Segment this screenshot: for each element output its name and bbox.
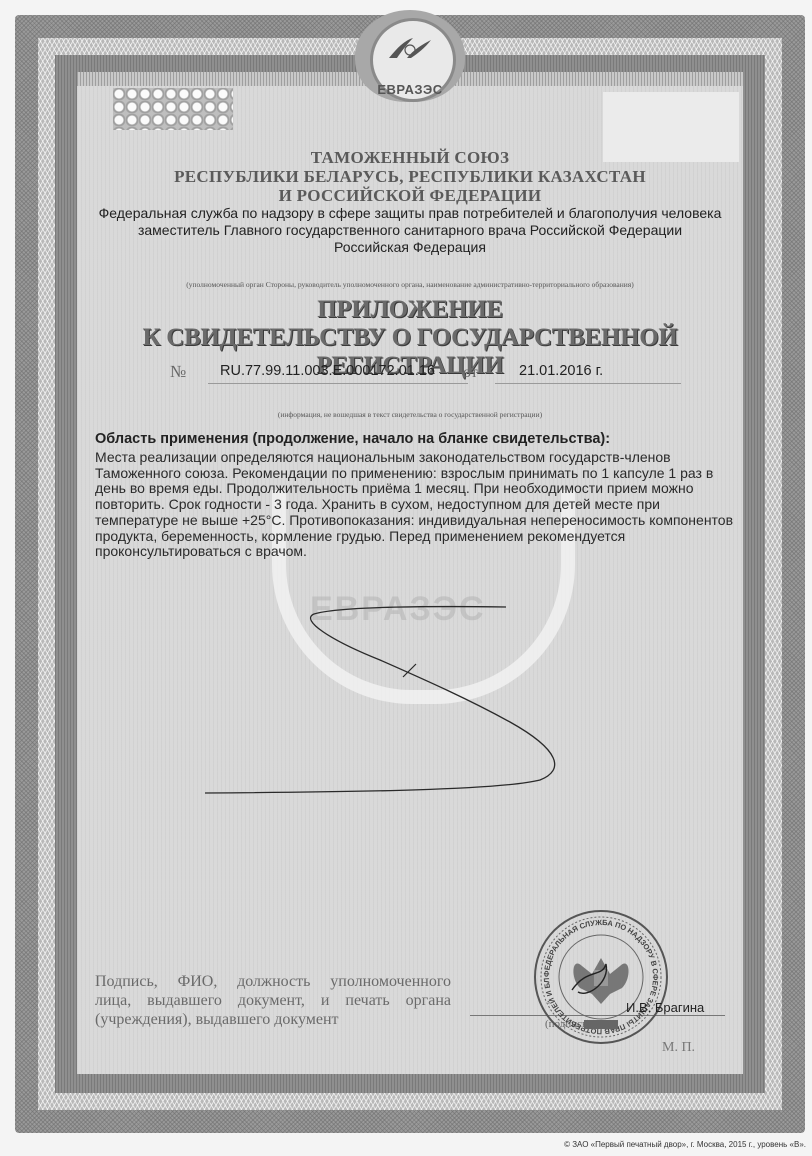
- certificate-number-row: № RU.77.99.11.003.E.000172.01.16 от 21.0…: [170, 362, 690, 384]
- union-line: РЕСПУБЛИКИ БЕЛАРУСЬ, РЕСПУБЛИКИ КАЗАХСТА…: [77, 167, 743, 186]
- scope-body: Места реализации определяются национальн…: [95, 450, 735, 560]
- evrazes-emblem-icon: [387, 36, 433, 60]
- watermark-text: ЕВРАЗЭС: [310, 590, 486, 629]
- appendix-title-line: ПРИЛОЖЕНИЕ: [77, 296, 743, 324]
- scope-title: Область применения (продолжение, начало …: [95, 431, 610, 447]
- date-label: от: [463, 364, 478, 382]
- evrazes-emblem: ЕВРАЗЭС: [355, 10, 465, 102]
- authority-line: Федеральная служба по надзору в сфере за…: [77, 205, 743, 222]
- authority-line: заместитель Главного государственного са…: [77, 222, 743, 239]
- hologram-strip: [113, 88, 233, 130]
- authority-caption: (уполномоченный орган Стороны, руководит…: [77, 280, 743, 289]
- union-line: И РОССИЙСКОЙ ФЕДЕРАЦИИ: [77, 186, 743, 205]
- signature-caption-line: лица, выдавшего документ, и печать орган…: [95, 991, 451, 1010]
- signature-caption: Подпись, ФИО, должность уполномоченного …: [95, 972, 451, 1029]
- authority-block: Федеральная служба по надзору в сфере за…: [77, 205, 743, 256]
- official-seal-icon: ФЕДЕРАЛЬНАЯ СЛУЖБА ПО НАДЗОРУ В СФЕРЕ ЗА…: [532, 908, 670, 1046]
- signature-caption-line: (учреждения), выдавшего документ: [95, 1010, 451, 1029]
- customs-union-title: ТАМОЖЕННЫЙ СОЮЗ РЕСПУБЛИКИ БЕЛАРУСЬ, РЕС…: [77, 148, 743, 205]
- number-label: №: [170, 362, 186, 382]
- printer-imprint: © ЗАО «Первый печатный двор», г. Москва,…: [564, 1140, 806, 1149]
- signer-name: И.В. Брагина: [626, 1000, 704, 1015]
- certificate-number: RU.77.99.11.003.E.000172.01.16: [208, 363, 468, 384]
- authority-line: Российская Федерация: [77, 239, 743, 256]
- union-line: ТАМОЖЕННЫЙ СОЮЗ: [77, 148, 743, 167]
- certificate-date: 21.01.2016 г.: [495, 363, 681, 384]
- emblem-label: ЕВРАЗЭС: [355, 82, 465, 97]
- seal-place-label: М. П.: [662, 1040, 695, 1056]
- info-caption: (информация, не вошедшая в текст свидете…: [77, 410, 743, 419]
- signature-caption-line: Подпись, ФИО, должность уполномоченного: [95, 972, 451, 991]
